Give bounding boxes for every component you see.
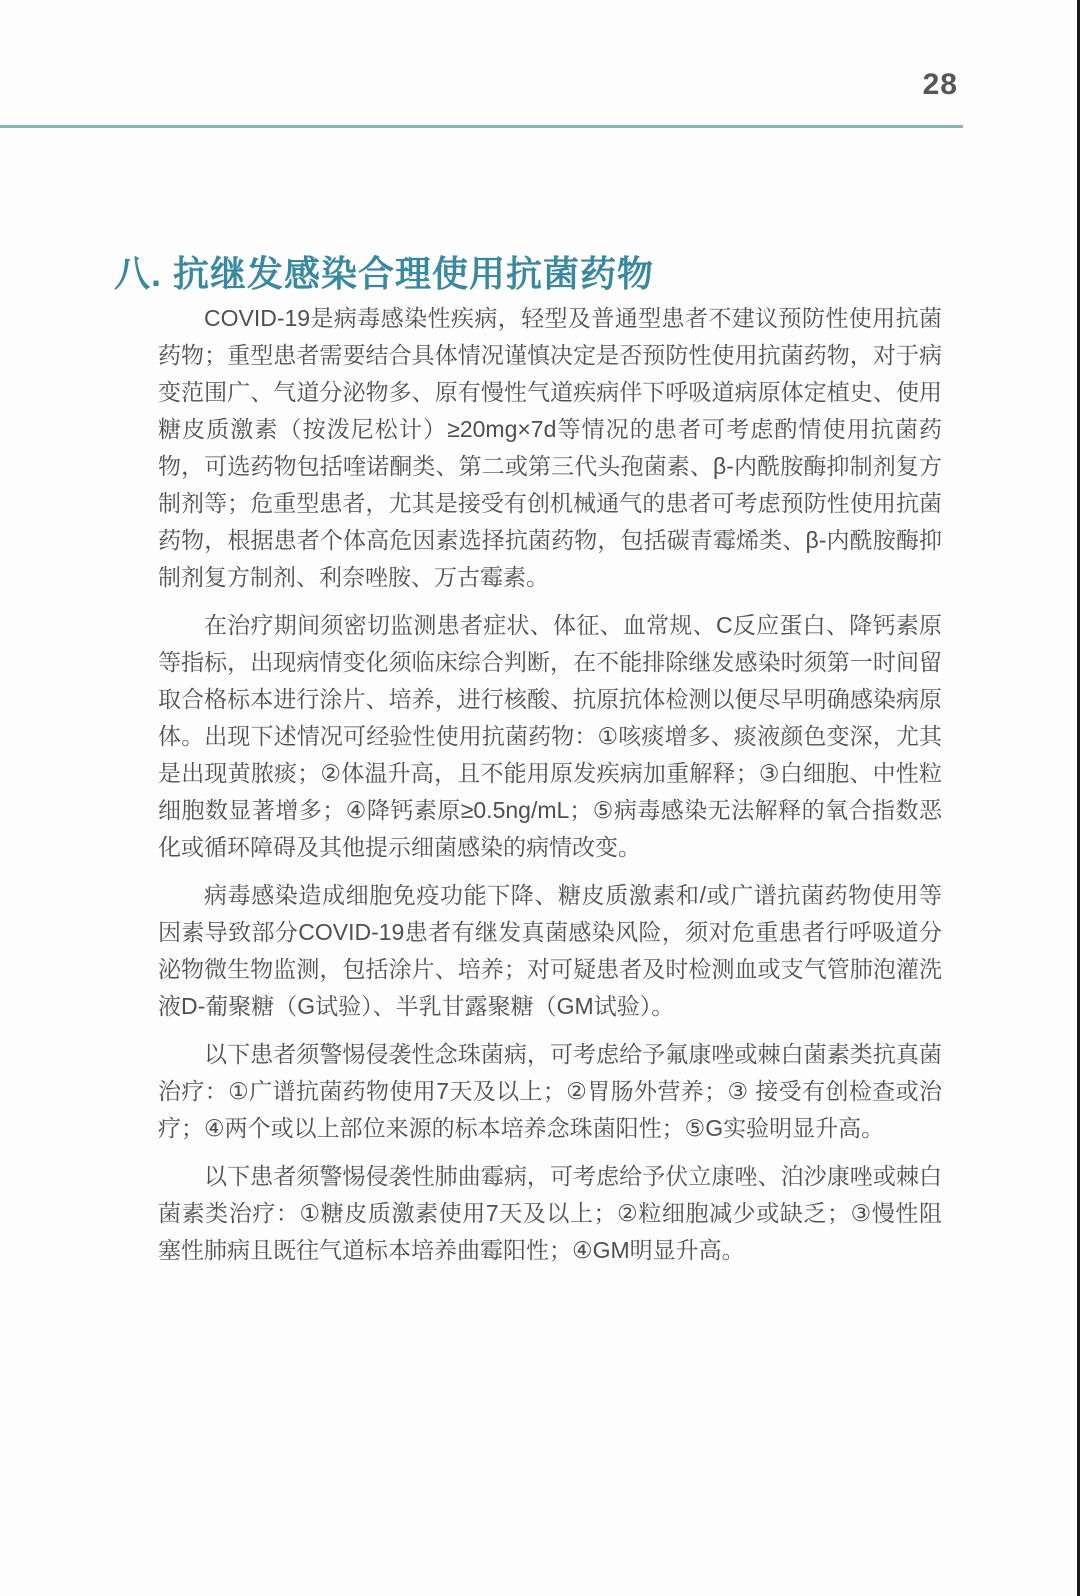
content-area: COVID-19是病毒感染性疾病，轻型及普通型患者不建议预防性使用抗菌药物；重型… <box>158 300 942 1280</box>
section-heading: 八. 抗继发感染合理使用抗菌药物 <box>114 246 654 297</box>
paragraph-candidiasis-warning: 以下患者须警惕侵袭性念珠菌病，可考虑给予氟康唑或棘白菌素类抗真菌治疗：①广谱抗菌… <box>158 1036 942 1147</box>
page-number: 28 <box>923 68 958 102</box>
header-divider <box>0 125 963 128</box>
paragraph-antibiotic-prophylaxis: COVID-19是病毒感染性疾病，轻型及普通型患者不建议预防性使用抗菌药物；重型… <box>158 300 942 596</box>
paragraph-fungal-infection-risk: 病毒感染造成细胞免疫功能下降、糖皮质激素和/或广谱抗菌药物使用等因素导致部分CO… <box>158 877 942 1025</box>
paragraph-aspergillosis-warning: 以下患者须警惕侵袭性肺曲霉病，可考虑给予伏立康唑、泊沙康唑或棘白菌素类治疗：①糖… <box>158 1158 942 1269</box>
paragraph-monitoring-empirical-use: 在治疗期间须密切监测患者症状、体征、血常规、C反应蛋白、降钙素原等指标，出现病情… <box>158 607 942 866</box>
